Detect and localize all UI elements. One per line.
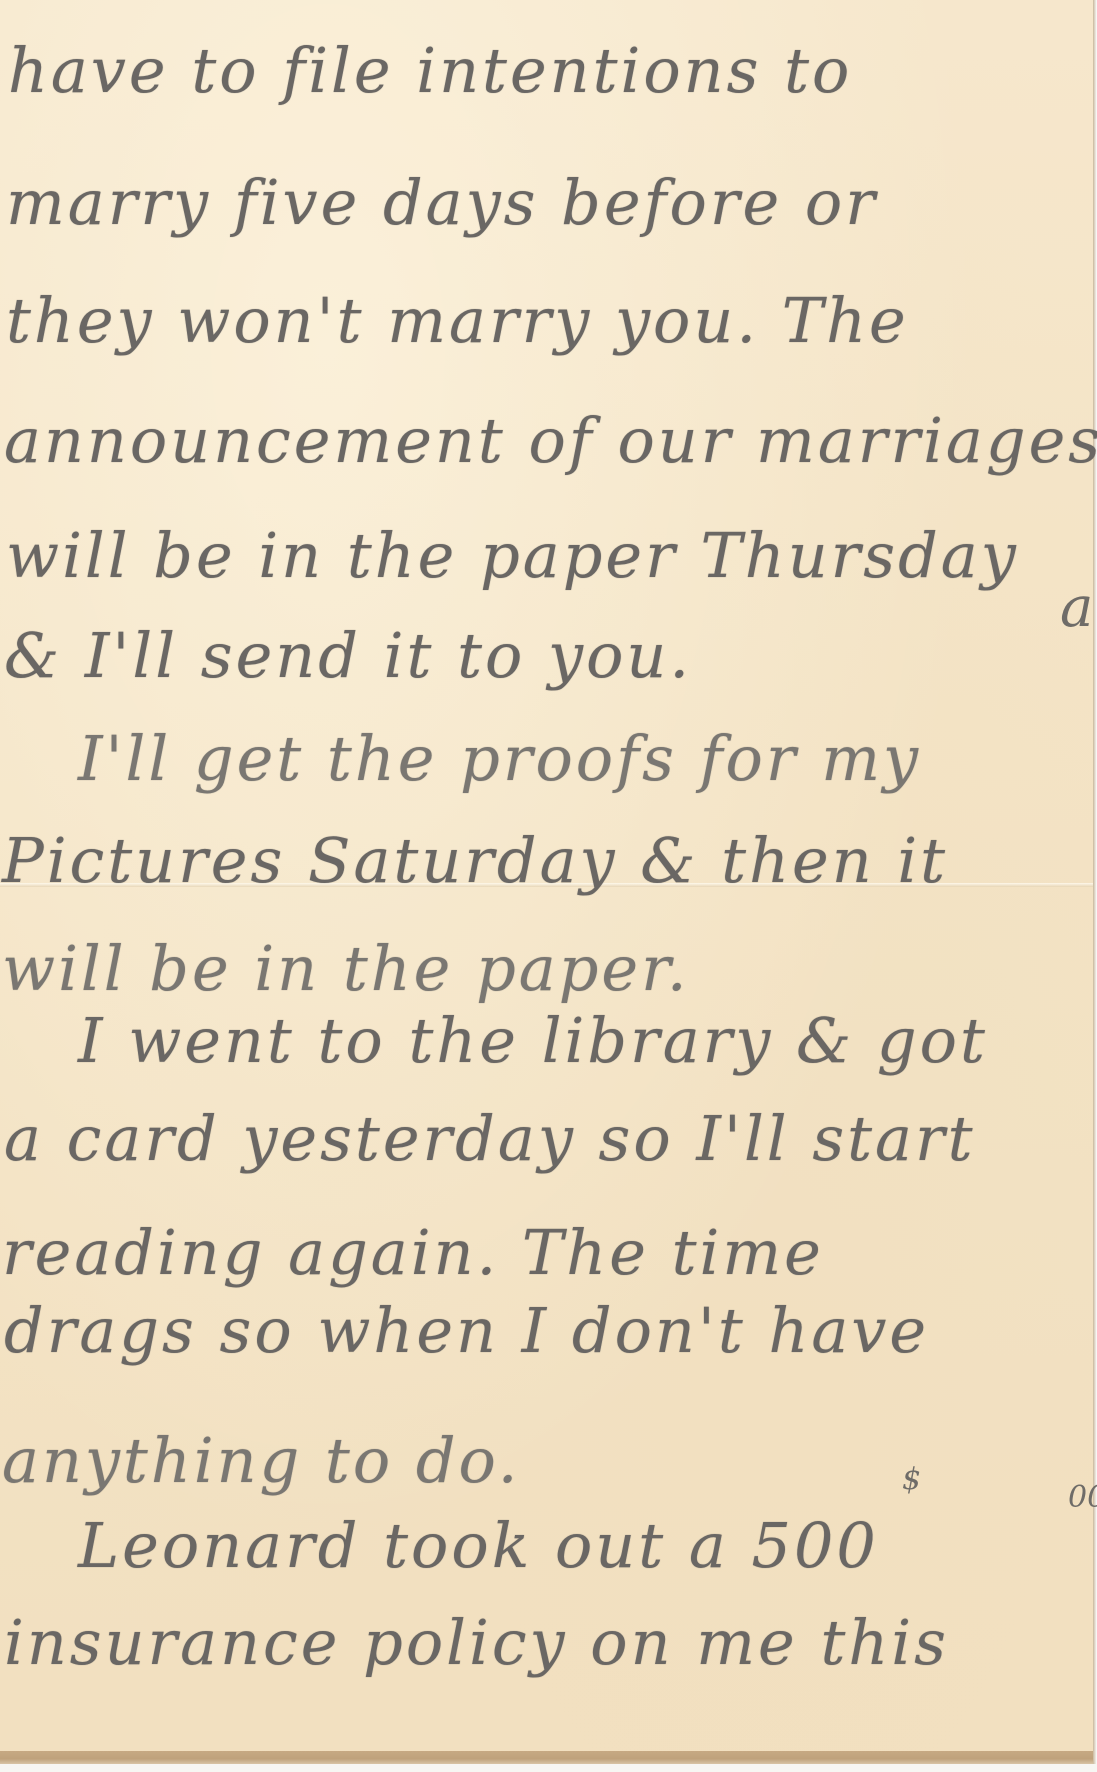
handwritten-line-5: will be in the paper Thursday — [6, 525, 1019, 587]
amount-cents: 00 — [1068, 1480, 1097, 1515]
handwritten-line-15: Leonard took out a 500 — [78, 1515, 879, 1577]
handwritten-line-12: reading again. The time — [2, 1222, 824, 1284]
dollar-sign: $ — [902, 1462, 921, 1497]
handwritten-line-13: drags so when I don't have — [4, 1300, 929, 1362]
handwritten-line-14: anything to do. — [2, 1430, 521, 1492]
handwritten-line-3: they won't marry you. The — [6, 290, 909, 352]
handwritten-line-10: I went to the library & got — [78, 1010, 988, 1072]
handwritten-line-2: marry five days before or — [6, 172, 878, 234]
scan-background — [0, 1764, 1097, 1772]
handwritten-line-4: announcement of our marriages — [4, 410, 1097, 472]
page-bottom-edge — [0, 1751, 1093, 1764]
handwritten-line-1: have to file intentions to — [8, 40, 852, 102]
handwritten-line-9: will be in the paper. — [2, 938, 690, 1000]
handwritten-line-11: a card yesterday so I'll start — [4, 1108, 976, 1170]
handwritten-line-7: I'll get the proofs for my — [78, 728, 921, 790]
handwritten-line-6: & I'll send it to you. — [4, 625, 692, 687]
handwritten-line-8: Pictures Saturday & then it — [2, 830, 948, 892]
margin-note: a — [1060, 575, 1093, 640]
handwritten-line-16: insurance policy on me this — [4, 1612, 949, 1674]
